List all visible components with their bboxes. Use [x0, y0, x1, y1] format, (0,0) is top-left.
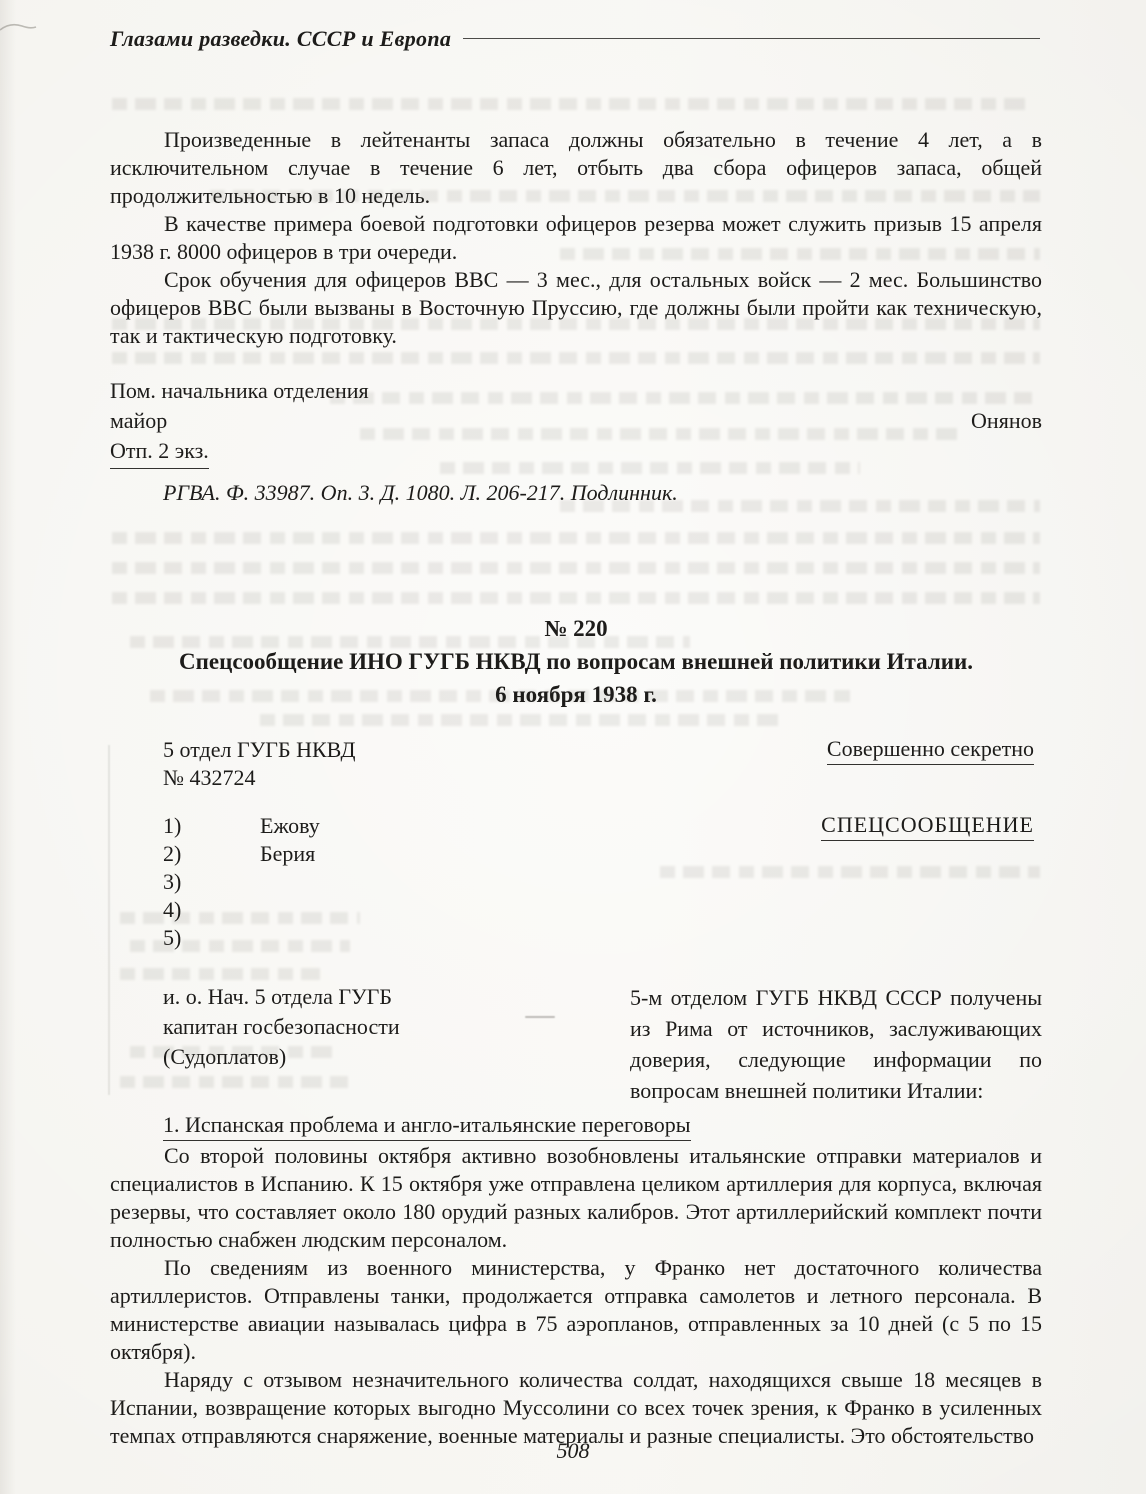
letterhead-department: 5 отдел ГУГБ НКВД — [163, 736, 356, 764]
scanned-page: Глазами разведки. СССР и Европа Произвед… — [0, 0, 1146, 1494]
bleedthrough-artifact — [112, 98, 1032, 110]
addressee-name: Берия — [260, 840, 315, 868]
paragraph: Произведенные в лейтенанты запаса должны… — [110, 126, 1042, 210]
copies-note: Отп. 2 экз. — [110, 436, 209, 469]
bleedthrough-artifact — [660, 866, 1040, 878]
signer-line: капитан госбезопасности — [163, 1012, 400, 1042]
addressee-number: 5) — [163, 924, 260, 952]
doc-title: Спецсообщение ИНО ГУГБ НКВД по вопросам … — [110, 645, 1042, 678]
signer-line: (Судоплатов) — [163, 1042, 400, 1072]
addressee-number: 4) — [163, 896, 260, 924]
addressee-number: 2) — [163, 840, 260, 868]
addressee-row: 2) Берия — [163, 840, 320, 868]
addressee-name: Ежову — [260, 812, 320, 840]
addressee-row: 5) — [163, 924, 320, 952]
paragraph: По сведениям из военного министерства, у… — [110, 1254, 1042, 1366]
doc-220-signer: и. о. Нач. 5 отдела ГУГБ капитан госбезо… — [163, 982, 400, 1072]
doc-date: 6 ноября 1938 г. — [110, 678, 1042, 711]
page-number: 508 — [0, 1438, 1146, 1464]
bleedthrough-artifact — [120, 968, 320, 980]
header-rule — [463, 38, 1040, 39]
bleedthrough-artifact — [120, 1076, 350, 1088]
bleedthrough-artifact — [112, 592, 1040, 604]
paragraph: Срок обучения для офицеров ВВС — 3 мес.,… — [110, 266, 1042, 350]
bleedthrough-artifact — [112, 532, 1040, 544]
running-header-text: Глазами разведки. СССР и Европа — [110, 26, 451, 52]
bleedthrough-table-line — [108, 745, 110, 1095]
paragraph: Со второй половины октября активно возоб… — [110, 1142, 1042, 1254]
pencil-mark — [525, 1016, 555, 1018]
doc-220-heading: № 220 Спецсообщение ИНО ГУГБ НКВД по воп… — [110, 612, 1042, 711]
doc-prev-signature: Пом. начальника отделения майор Онянов О… — [110, 376, 1042, 469]
paragraph: В качестве примера боевой подготовки офи… — [110, 210, 1042, 266]
scan-mark-squiggle — [0, 12, 60, 42]
addressee-row: 3) — [163, 868, 320, 896]
signer-rank: майор — [110, 406, 167, 436]
running-header: Глазами разведки. СССР и Европа — [110, 26, 1040, 52]
doc-number: № 220 — [110, 612, 1042, 645]
doc-prev-body: Произведенные в лейтенанты запаса должны… — [110, 126, 1042, 350]
classification-stamp: Совершенно секретно — [827, 736, 1034, 765]
letterhead: 5 отдел ГУГБ НКВД № 432724 — [163, 736, 356, 792]
addressee-row: 1) Ежову — [163, 812, 320, 840]
doc-220-intro: 5-м отделом ГУГБ НКВД СССР получены из Р… — [630, 982, 1042, 1106]
section-1-body: Со второй половины октября активно возоб… — [110, 1142, 1042, 1450]
addressee-list: 1) Ежову 2) Берия 3) 4) 5) — [163, 812, 320, 952]
bleedthrough-artifact — [260, 714, 780, 726]
section-1-heading: 1. Испанская проблема и англо-итальянски… — [163, 1112, 691, 1141]
addressee-row: 4) — [163, 896, 320, 924]
letterhead-number: № 432724 — [163, 764, 356, 792]
addressee-number: 3) — [163, 868, 260, 896]
signer-name: Онянов — [971, 406, 1042, 436]
bleedthrough-artifact — [112, 562, 1040, 574]
signer-position: Пом. начальника отделения — [110, 376, 1042, 406]
addressee-number: 1) — [163, 812, 260, 840]
archive-reference: РГВА. Ф. 33987. Оп. 3. Д. 1080. Л. 206-2… — [163, 480, 1043, 506]
bleedthrough-artifact — [112, 352, 1040, 364]
doc-type-label: СПЕЦСООБЩЕНИЕ — [821, 812, 1034, 841]
signer-line: и. о. Нач. 5 отдела ГУГБ — [163, 982, 400, 1012]
